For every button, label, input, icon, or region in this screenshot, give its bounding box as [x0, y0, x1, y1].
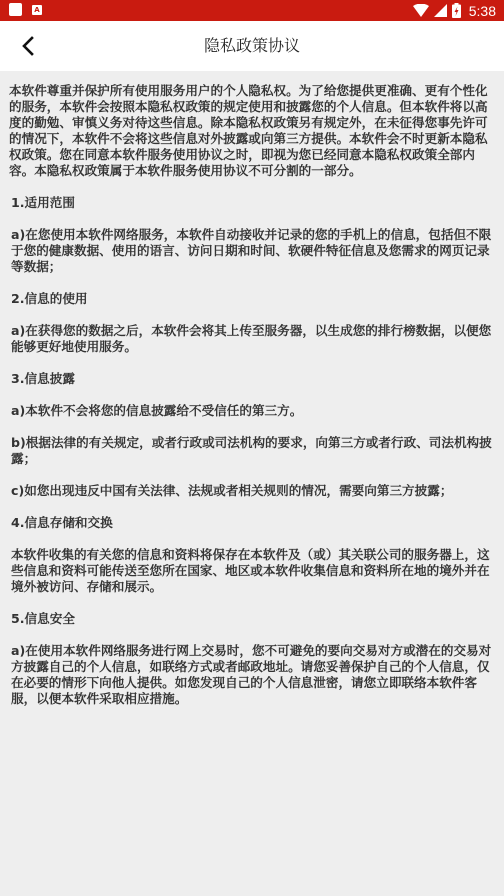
section-paragraph: a)在使用本软件网络服务进行网上交易时，您不可避免的要向交易对方或潜在的交易对方…: [9, 643, 495, 707]
status-bar-right-icons: 5:38: [413, 0, 496, 21]
app-notification-icon: A: [32, 5, 42, 15]
section-paragraph: a)在获得您的数据之后，本软件会将其上传至服务器，以生成您的排行榜数据，以便您能…: [9, 323, 495, 355]
cellular-signal-icon: [434, 4, 447, 17]
section-paragraph: a)在您使用本软件网络服务，本软件自动接收并记录的您的手机上的信息，包括但不限于…: [9, 227, 495, 275]
section-paragraph: c)如您出现违反中国有关法律、法规或者相关规则的情况，需要向第三方披露；: [9, 483, 495, 499]
section-paragraph: 本软件收集的有关您的信息和资料将保存在本软件及（或）其关联公司的服务器上，这些信…: [9, 547, 495, 595]
section-paragraph: a)本软件不会将您的信息披露给不受信任的第三方。: [9, 403, 495, 419]
app-header: 隐私政策协议: [0, 21, 504, 71]
section-heading-scope: 1.适用范围: [9, 195, 495, 211]
page-title: 隐私政策协议: [0, 21, 504, 71]
section-heading-disclosure: 3.信息披露: [9, 371, 495, 387]
section-paragraph: b)根据法律的有关规定，或者行政或司法机构的要求，向第三方或者行政、司法机构披露…: [9, 435, 495, 467]
wifi-icon: [413, 4, 429, 17]
policy-content[interactable]: 本软件尊重并保护所有使用服务用户的个人隐私权。为了给您提供更准确、更有个性化的服…: [0, 71, 504, 896]
section-heading-storage: 4.信息存储和交换: [9, 515, 495, 531]
status-bar-left-icons: A: [9, 3, 42, 16]
section-heading-security: 5.信息安全: [9, 611, 495, 627]
battery-charging-icon: [452, 3, 461, 18]
intro-paragraph: 本软件尊重并保护所有使用服务用户的个人隐私权。为了给您提供更准确、更有个性化的服…: [9, 83, 495, 179]
status-bar: A 5:38: [0, 0, 504, 21]
status-time: 5:38: [469, 3, 496, 19]
notification-square-icon: [9, 3, 22, 16]
section-heading-usage: 2.信息的使用: [9, 291, 495, 307]
